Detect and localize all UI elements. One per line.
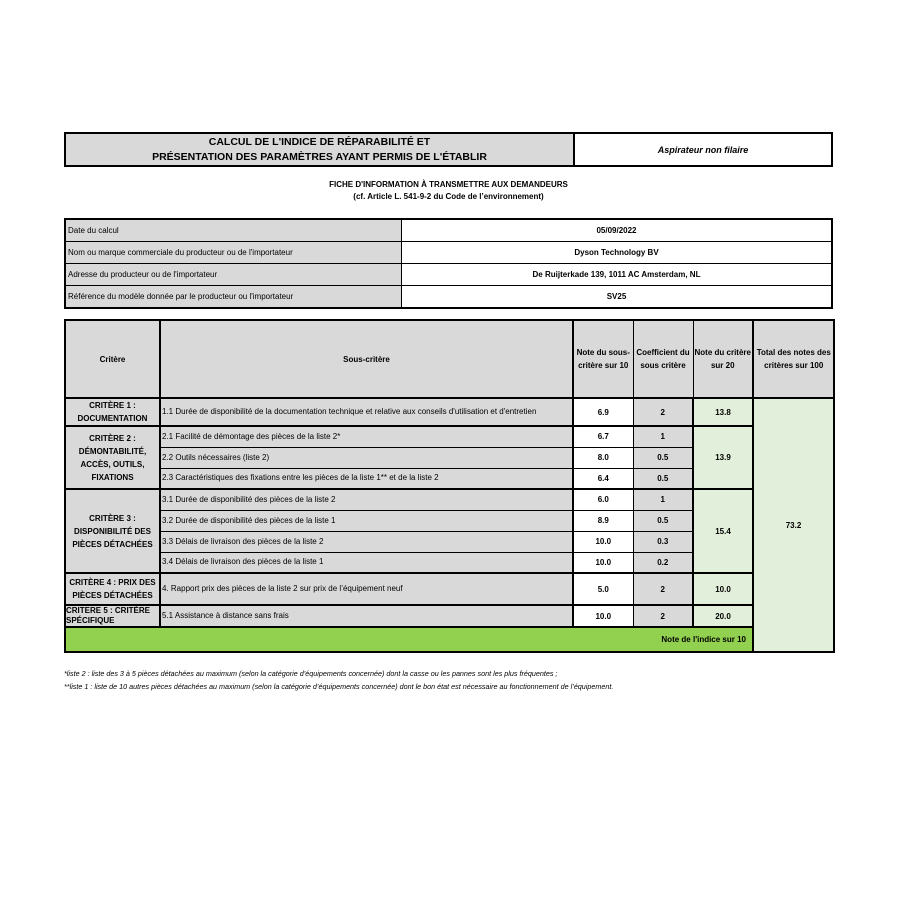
subcriterion-coef: 2	[633, 398, 693, 426]
criterion-3-label: CRITÈRE 3 : DISPONIBILITÉ DES PIÈCES DÉT…	[65, 489, 160, 573]
table-row: CRITÈRE 4 : PRIX DES PIÈCES DÉTACHÉES 4.…	[65, 573, 834, 605]
subcriterion-note: 10.0	[573, 605, 633, 627]
subcriterion-label: 2.3 Caractéristiques des fixations entre…	[160, 468, 573, 489]
criterion-1-label: CRITÈRE 1 : DOCUMENTATION	[65, 398, 160, 426]
final-score-row: Note de l'indice sur 10 7.3	[65, 627, 834, 652]
info-label: Adresse du producteur ou de l'importateu…	[65, 264, 402, 286]
subcriterion-note: 10.0	[573, 552, 633, 573]
product-category: Aspirateur non filaire	[574, 133, 832, 166]
header-total: Total des notes des critères sur 100	[753, 320, 834, 398]
criterion-2-score: 13.9	[693, 426, 753, 489]
subcriterion-label: 2.1 Facilité de démontage des pièces de …	[160, 426, 573, 447]
subcriterion-label: 5.1 Assistance à distance sans frais	[160, 605, 573, 627]
info-label: Date du calcul	[65, 219, 402, 242]
header-row: Critère Sous-critère Note du sous-critèr…	[65, 320, 834, 398]
info-table: Date du calcul 05/09/2022 Nom ou marque …	[64, 218, 833, 309]
subcriterion-coef: 2	[633, 573, 693, 605]
subcriterion-label: 1.1 Durée de disponibilité de la documen…	[160, 398, 573, 426]
subtitle-line-1: FICHE D'INFORMATION À TRANSMETTRE AUX DE…	[64, 179, 833, 191]
footnote-liste-2: *liste 2 : liste des 3 à 5 pièces détach…	[64, 667, 844, 680]
info-row: Référence du modèle donnée par le produc…	[65, 286, 832, 309]
subcriterion-note: 5.0	[573, 573, 633, 605]
subcriterion-coef: 1	[633, 426, 693, 447]
info-row: Nom ou marque commerciale du producteur …	[65, 242, 832, 264]
subcriterion-label: 3.4 Délais de livraison des pièces de la…	[160, 552, 573, 573]
info-value-address: De Ruijterkade 139, 1011 AC Amsterdam, N…	[402, 264, 833, 286]
title-line-1: CALCUL DE L'INDICE DE RÉPARABILITÉ ET	[66, 135, 573, 150]
subcriterion-label: 2.2 Outils nécessaires (liste 2)	[160, 447, 573, 468]
subcriterion-coef: 1	[633, 489, 693, 510]
criterion-2-label: CRITÈRE 2 : DÉMONTABILITÉ, ACCÈS, OUTILS…	[65, 426, 160, 489]
subcriterion-note: 8.9	[573, 510, 633, 531]
subcriterion-note: 6.9	[573, 398, 633, 426]
subcriterion-coef: 0.5	[633, 468, 693, 489]
subcriterion-label: 3.1 Durée de disponibilité des pièces de…	[160, 489, 573, 510]
info-row: Adresse du producteur ou de l'importateu…	[65, 264, 832, 286]
table-row: CRITÈRE 1 : DOCUMENTATION 1.1 Durée de d…	[65, 398, 834, 426]
criterion-4-label: CRITÈRE 4 : PRIX DES PIÈCES DÉTACHÉES	[65, 573, 160, 605]
title-block: CALCUL DE L'INDICE DE RÉPARABILITÉ ET PR…	[64, 132, 833, 167]
title-line-2: PRÉSENTATION DES PARAMÈTRES AYANT PERMIS…	[66, 150, 573, 165]
info-label: Référence du modèle donnée par le produc…	[65, 286, 402, 309]
info-value-date: 05/09/2022	[402, 219, 833, 242]
header-sous-critere: Sous-critère	[160, 320, 573, 398]
subcriterion-label: 3.2 Durée de disponibilité des pièces de…	[160, 510, 573, 531]
info-row: Date du calcul 05/09/2022	[65, 219, 832, 242]
header-critere: Critère	[65, 320, 160, 398]
info-label: Nom ou marque commerciale du producteur …	[65, 242, 402, 264]
criterion-5-label: CRITERE 5 : CRITÈRE SPÉCIFIQUE	[65, 605, 160, 627]
criterion-3-score: 15.4	[693, 489, 753, 573]
subcriterion-coef: 0.3	[633, 531, 693, 552]
info-value-brand: Dyson Technology BV	[402, 242, 833, 264]
criterion-4-score: 10.0	[693, 573, 753, 605]
total-score-100: 73.2	[753, 398, 834, 652]
subtitle-line-2: (cf. Article L. 541-9-2 du Code de l’env…	[64, 191, 833, 203]
subcriterion-note: 8.0	[573, 447, 633, 468]
table-row: CRITÈRE 3 : DISPONIBILITÉ DES PIÈCES DÉT…	[65, 489, 834, 510]
criterion-5-score: 20.0	[693, 605, 753, 627]
footnotes: *liste 2 : liste des 3 à 5 pièces détach…	[64, 667, 844, 693]
subcriterion-note: 6.7	[573, 426, 633, 447]
final-score-label: Note de l'indice sur 10	[65, 627, 753, 652]
subcriterion-label: 4. Rapport prix des pièces de la liste 2…	[160, 573, 573, 605]
header-note-sous-critere: Note du sous-critère sur 10	[573, 320, 633, 398]
subcriterion-label: 3.3 Délais de livraison des pièces de la…	[160, 531, 573, 552]
subcriterion-coef: 0.5	[633, 447, 693, 468]
subcriterion-coef: 2	[633, 605, 693, 627]
footnote-liste-1: **liste 1 : liste de 10 autres pièces dé…	[64, 680, 844, 693]
subtitle: FICHE D'INFORMATION À TRANSMETTRE AUX DE…	[64, 179, 833, 203]
criterion-1-score: 13.8	[693, 398, 753, 426]
header-note-critere: Note du critère sur 20	[693, 320, 753, 398]
subcriterion-note: 6.4	[573, 468, 633, 489]
document-title: CALCUL DE L'INDICE DE RÉPARABILITÉ ET PR…	[65, 133, 574, 166]
table-row: CRITERE 5 : CRITÈRE SPÉCIFIQUE 5.1 Assis…	[65, 605, 834, 627]
info-value-model: SV25	[402, 286, 833, 309]
subcriterion-coef: 0.2	[633, 552, 693, 573]
table-row: CRITÈRE 2 : DÉMONTABILITÉ, ACCÈS, OUTILS…	[65, 426, 834, 447]
subcriterion-note: 6.0	[573, 489, 633, 510]
subcriterion-coef: 0.5	[633, 510, 693, 531]
subcriterion-note: 10.0	[573, 531, 633, 552]
header-coefficient: Coefficient du sous critère	[633, 320, 693, 398]
scoring-table: Critère Sous-critère Note du sous-critèr…	[64, 319, 835, 653]
